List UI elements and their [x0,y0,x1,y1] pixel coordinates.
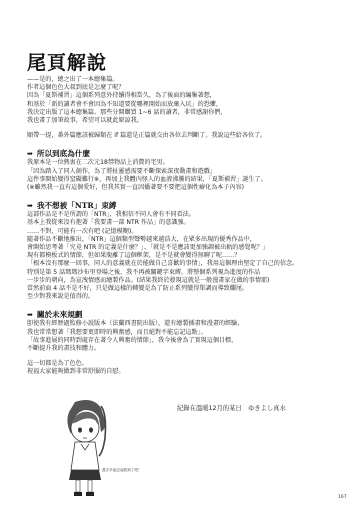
text-line: ……不對，可能有一次有吧 (記憶模糊)。 [27,228,327,236]
text-line: 一步步的朝向，為宣洩情感而繪製作品。(結果我終於發現這就是一般漫畫家在做的事情耶… [27,277,327,285]
arrow-right-icon: ➡ [27,149,33,159]
speech-bubble-text: 盡字多說記起我到了吧！ [102,468,142,473]
document-page: 尾頁解說 ——是的，總之出了一本總集篇。 作者這個色色大叔到底是怎麼了呢？ 因為… [0,0,360,508]
chibi-girl-illustration [55,398,115,500]
section-heading-ntr: ➡ 我不想被「NTR」束縛 [27,201,327,211]
text-line: 我也畫了加筆故事，希望可以就此原諒我。 [27,117,327,125]
intro-paragraph: ——是的，總之出了一本總集篇。 作者這個色色大叔到底是怎麼了呢？ 因為「夏斯補習… [27,76,327,125]
text-line: 我也常常想著「我想要更即時的興奮感，而且絕對不能忘記這點」。 [27,329,327,337]
text-line: ——是的，總之出了一本總集篇。 [27,76,327,84]
text-line: 至少對我來說是值得的。 [27,293,327,301]
text-line: 隨著作品不斷地推出，「NTR」這個類型聲勢越來越浩大，在眾多出現的優秀作品中， [27,236,327,244]
section-heading-future: ➡ 關於未來規劃 [27,310,327,320]
section-heading-text: 關於未來規劃 [37,310,83,320]
section-heading-text: 所以到底為什麼 [37,149,90,159]
text-line: 我原本是一位熱衷在二次元18禁物品上消費的宅男。 [27,159,327,167]
arrow-right-icon: ➡ [27,201,33,211]
text-line: 因為「夏斯補習」這個系列意外持續得相當久，為了後面的編集著想， [27,92,327,100]
arrow-right-icon: ➡ [27,310,33,320]
text-line: 基本上我從來沒有抱著「我要畫一部 NTR 作品」的意識強。 [27,219,327,227]
text-line: 我決定出版了這本總集篇。那些分開購買 1~6 話的讀者，非常感謝你們， [27,109,327,117]
text-line: 「根本沒有那麼一回事，同人的意義就在於能做自己喜歡的事情」，我用這個理由堅定了自… [27,260,327,268]
text-line: 「因為踏入了同人創作，為了將扯靈感需要不斷探索深夜動畫和遊戲」 [27,168,327,176]
page-number: 167 [338,495,347,500]
text-line: 「故事進展的同時到處存在著令人興奮的情節」，我今後會為了實現這個目標， [27,337,327,345]
text-line: 這件事開始變得窒礙難行※，再加上我體內怪人的血液沸騰的結果，「夏斯補習」誕生了。 [27,176,327,184]
closing-line: 祝福大家能夠做到非常舒服的自慰。 [27,368,327,376]
afterword-body: ——是的，總之出了一本總集篇。 作者這個色色大叔到底是怎麼了呢？ 因為「夏斯補習… [27,76,327,377]
page-title: 尾頁解說 [27,48,107,75]
text-line: (※雖然我一直有這個愛好，但我其實一直因播著要不要把這個性癖化為本子內容) [27,184,327,192]
note-line: 順帶一提，番外篇應該被歸類在 if 篇還是正篇就交由各位去判斷了。我說這些給各位… [27,132,327,140]
signature: 紀錄在溫暖12月的某日 ゆきよし真水 [177,403,286,412]
text-line: 卽使我有經歷過監修小說版本（法蘭西書院出版），還有繪製插畫和漫畫的經驗， [27,320,327,328]
text-line: 和基於「新的讀者會不會因為不知道要從哪裡開始而放棄入坑」的恐懼， [27,101,327,109]
section-heading-why: ➡ 所以到底為什麼 [27,149,327,159]
section-heading-text: 我不想被「NTR」束縛 [37,201,117,211]
text-line: 特別是第 5 話瑪瑪沙布里登場之後，我不再被關鍵字束縛，將整個系列視為進度的作品 [27,269,327,277]
text-line: 不斷提升我的畫技和體力。 [27,345,327,353]
